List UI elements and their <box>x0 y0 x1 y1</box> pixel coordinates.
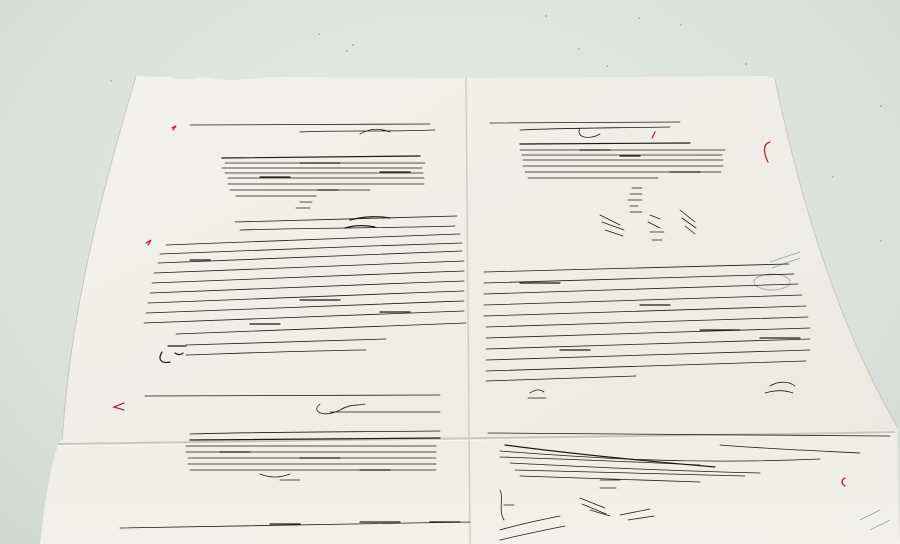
document-photo <box>0 0 900 544</box>
paper-sheet <box>40 76 900 544</box>
